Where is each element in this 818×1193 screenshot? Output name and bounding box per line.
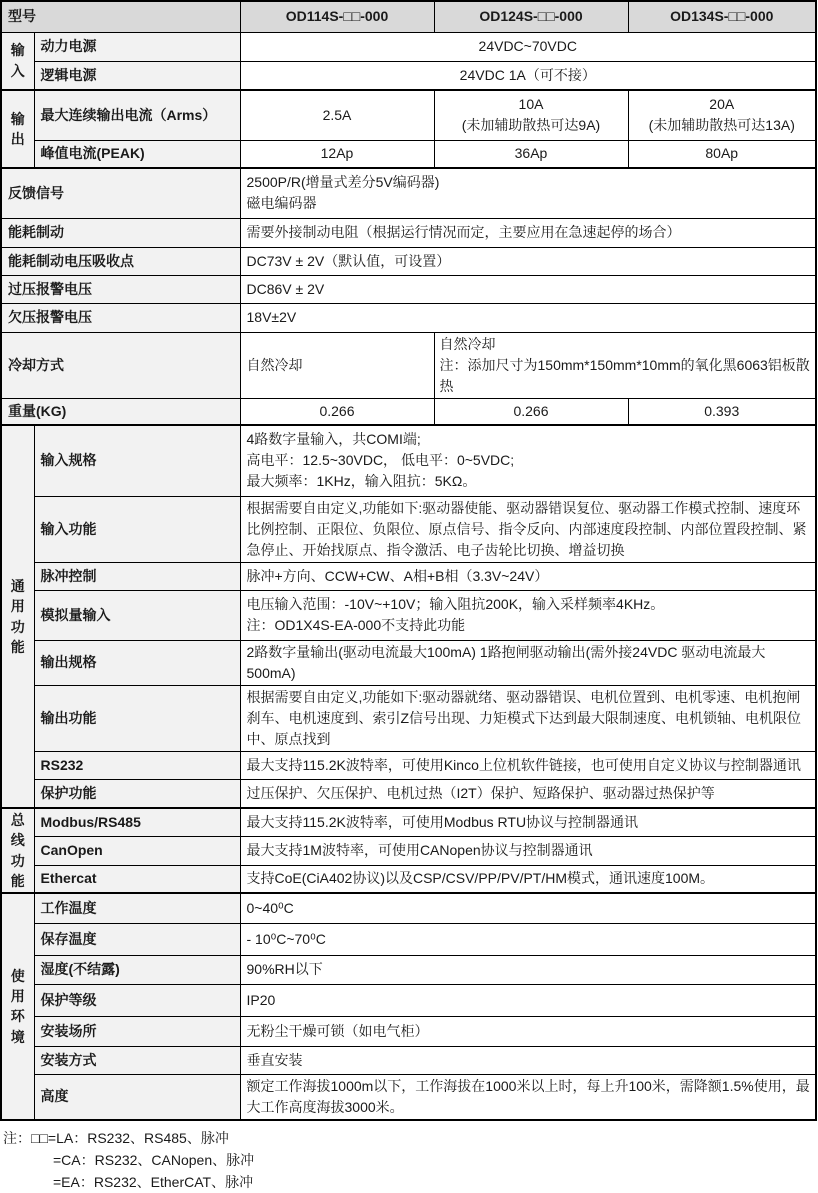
label-output-spec: 输出规格 [34,640,240,685]
row-humidity: 湿度(不结露) 90%RH以下 [1,955,816,984]
label-input-spec: 输入规格 [34,425,240,496]
value-overvoltage: DC86V ± 2V [240,275,816,303]
row-weight: 重量(KG) 0.266 0.266 0.393 [1,398,816,425]
row-modbus: 总线功能 Modbus/RS485 最大支持115.2K波特率，可使用Modbu… [1,808,816,836]
value-storage-temp: - 10⁰C~70⁰C [240,923,816,955]
value-line: 2500P/R(增量式差分5V编码器) [247,172,812,193]
row-storage-temp: 保存温度 - 10⁰C~70⁰C [1,923,816,955]
value-max-current-3: 20A (未加辅助散热可达13A) [628,90,816,140]
header-row: 型号 OD114S-□□-000 OD124S-□□-000 OD134S-□□… [1,1,816,32]
row-brake-voltage: 能耗制动电压吸收点 DC73V ± 2V（默认值，可设置） [1,247,816,275]
value-install-method: 垂直安装 [240,1046,816,1074]
value-working-temp: 0~40⁰C [240,893,816,923]
value-protection: 过压保护、欠压保护、电机过热（I2T）保护、短路保护、驱动器过热保护等 [240,779,816,808]
label-modbus: Modbus/RS485 [34,808,240,836]
label-rs232: RS232 [34,751,240,779]
group-output: 输出 [1,90,34,168]
row-install-method: 安装方式 垂直安装 [1,1046,816,1074]
row-overvoltage: 过压报警电压 DC86V ± 2V [1,275,816,303]
spec-table: 型号 OD114S-□□-000 OD124S-□□-000 OD134S-□□… [0,0,817,1121]
row-install-place: 安装场所 无粉尘干燥可锁（如电气柜） [1,1016,816,1046]
value-peak-current-3: 80Ap [628,140,816,168]
row-output-function: 输出功能 根据需要自由定义,功能如下:驱动器就绪、驱动器错误、电机位置到、电机零… [1,685,816,751]
row-analog-input: 模拟量输入 电压输入范围：-10V~+10V；输入阻抗200K，输入采样频率4K… [1,590,816,640]
label-undervoltage: 欠压报警电压 [1,303,240,332]
value-weight-3: 0.393 [628,398,816,425]
row-ip-rating: 保护等级 IP20 [1,984,816,1016]
row-pulse-control: 脉冲控制 脉冲+方向、CCW+CW、A相+B相（3.3V~24V） [1,562,816,590]
label-peak-current: 峰值电流(PEAK) [34,140,240,168]
label-overvoltage: 过压报警电压 [1,275,240,303]
model-header-cell: 型号 [1,1,240,32]
value-pulse-control: 脉冲+方向、CCW+CW、A相+B相（3.3V~24V） [240,562,816,590]
value-line: 电压输入范围：-10V~+10V；输入阻抗200K，输入采样频率4KHz。 [247,594,812,615]
footnote-line: =EA：RS232、EtherCAT、脉冲 [3,1171,818,1193]
value-modbus: 最大支持115.2K波特率，可使用Modbus RTU协议与控制器通讯 [240,808,816,836]
value-peak-current-2: 36Ap [434,140,628,168]
label-brake-voltage: 能耗制动电压吸收点 [1,247,240,275]
label-feedback: 反馈信号 [1,168,240,218]
value-power-supply: 24VDC~70VDC [240,32,816,61]
row-brake: 能耗制动 需要外接制动电阻（根据运行情况而定，主要应用在急速起停的场合） [1,218,816,247]
row-protection: 保护功能 过压保护、欠压保护、电机过热（I2T）保护、短路保护、驱动器过热保护等 [1,779,816,808]
row-input-function: 输入功能 根据需要自由定义,功能如下:驱动器使能、驱动器错误复位、驱动器工作模式… [1,496,816,562]
value-altitude: 额定工作海拔1000m以下，工作海拔在1000米以上时，每上升100米，需降额1… [240,1074,816,1120]
row-altitude: 高度 额定工作海拔1000m以下，工作海拔在1000米以上时，每上升100米，需… [1,1074,816,1120]
footnotes: 注：□□=LA：RS232、RS485、脉冲 =CA：RS232、CANopen… [3,1127,818,1193]
value-output-spec: 2路数字量输出(驱动电流最大100mA) 1路抱闸驱动输出(需外接24VDC 驱… [240,640,816,685]
value-brake: 需要外接制动电阻（根据运行情况而定，主要应用在急速起停的场合） [240,218,816,247]
value-ip-rating: IP20 [240,984,816,1016]
value-line: 磁电编码器 [247,193,812,214]
group-common-functions: 通用功能 [1,425,34,808]
value-undervoltage: 18V±2V [240,303,816,332]
value-canopen: 最大支持1M波特率，可使用CANopen协议与控制器通讯 [240,836,816,865]
row-working-temp: 使用环境 工作温度 0~40⁰C [1,893,816,923]
label-protection: 保护功能 [34,779,240,808]
value-logic-supply: 24VDC 1A（可不接） [240,61,816,90]
value-peak-current-1: 12Ap [240,140,434,168]
label-analog-input: 模拟量输入 [34,590,240,640]
group-bus-functions: 总线功能 [1,808,34,893]
value-line: 20A [633,94,812,115]
footnote-line: =CA：RS232、CANopen、脉冲 [3,1149,818,1171]
row-rs232: RS232 最大支持115.2K波特率，可使用Kinco上位机软件链接，也可使用… [1,751,816,779]
value-line: 自然冷却 [440,334,812,355]
label-input-function: 输入功能 [34,496,240,562]
value-line: (未加辅助散热可达13A) [633,115,812,136]
row-input-spec: 通用功能 输入规格 4路数字量输入，共COMI端; 高电平：12.5~30VDC… [1,425,816,496]
value-output-function: 根据需要自由定义,功能如下:驱动器就绪、驱动器错误、电机位置到、电机零速、电机抱… [240,685,816,751]
value-cooling-1: 自然冷却 [240,332,434,398]
label-storage-temp: 保存温度 [34,923,240,955]
row-feedback: 反馈信号 2500P/R(增量式差分5V编码器) 磁电编码器 [1,168,816,218]
value-line: 注：添加尺寸为150mm*150mm*10mm的氧化黑6063铝板散热 [440,355,812,397]
value-line: 10A [439,94,624,115]
value-input-spec: 4路数字量输入，共COMI端; 高电平：12.5~30VDC， 低电平：0~5V… [240,425,816,496]
row-logic-supply: 逻辑电源 24VDC 1A（可不接） [1,61,816,90]
model-name-od134s: OD134S-□□-000 [628,1,816,32]
label-output-function: 输出功能 [34,685,240,751]
label-logic-supply: 逻辑电源 [34,61,240,90]
value-install-place: 无粉尘干燥可锁（如电气柜） [240,1016,816,1046]
label-weight: 重量(KG) [1,398,240,425]
label-altitude: 高度 [34,1074,240,1120]
value-line: 高电平：12.5~30VDC， 低电平：0~5VDC; [247,450,812,471]
value-rs232: 最大支持115.2K波特率，可使用Kinco上位机软件链接，也可使用自定义协议与… [240,751,816,779]
label-cooling: 冷却方式 [1,332,240,398]
label-working-temp: 工作温度 [34,893,240,923]
value-input-function: 根据需要自由定义,功能如下:驱动器使能、驱动器错误复位、驱动器工作模式控制、速度… [240,496,816,562]
value-weight-2: 0.266 [434,398,628,425]
value-analog-input: 电压输入范围：-10V~+10V；输入阻抗200K，输入采样频率4KHz。 注：… [240,590,816,640]
row-peak-current: 峰值电流(PEAK) 12Ap 36Ap 80Ap [1,140,816,168]
label-install-place: 安装场所 [34,1016,240,1046]
value-max-current-1: 2.5A [240,90,434,140]
value-line: 4路数字量输入，共COMI端; [247,429,812,450]
label-humidity: 湿度(不结露) [34,955,240,984]
value-cooling-23: 自然冷却 注：添加尺寸为150mm*150mm*10mm的氧化黑6063铝板散热 [434,332,816,398]
label-power-supply: 动力电源 [34,32,240,61]
row-undervoltage: 欠压报警电压 18V±2V [1,303,816,332]
row-canopen: CanOpen 最大支持1M波特率，可使用CANopen协议与控制器通讯 [1,836,816,865]
value-humidity: 90%RH以下 [240,955,816,984]
label-ip-rating: 保护等级 [34,984,240,1016]
label-max-current: 最大连续输出电流（Arms） [34,90,240,140]
footnote-line: 注：□□=LA：RS232、RS485、脉冲 [3,1127,818,1149]
value-max-current-2: 10A (未加辅助散热可达9A) [434,90,628,140]
label-install-method: 安装方式 [34,1046,240,1074]
value-line: (未加辅助散热可达9A) [439,115,624,136]
group-environment: 使用环境 [1,893,34,1120]
row-max-current: 输出 最大连续输出电流（Arms） 2.5A 10A (未加辅助散热可达9A) … [1,90,816,140]
label-ethercat: Ethercat [34,865,240,893]
row-output-spec: 输出规格 2路数字量输出(驱动电流最大100mA) 1路抱闸驱动输出(需外接24… [1,640,816,685]
row-ethercat: Ethercat 支持CoE(CiA402协议)以及CSP/CSV/PP/PV/… [1,865,816,893]
group-input: 输入 [1,32,34,90]
row-cooling: 冷却方式 自然冷却 自然冷却 注：添加尺寸为150mm*150mm*10mm的氧… [1,332,816,398]
label-brake: 能耗制动 [1,218,240,247]
value-feedback: 2500P/R(增量式差分5V编码器) 磁电编码器 [240,168,816,218]
value-weight-1: 0.266 [240,398,434,425]
value-line: 注：OD1X4S-EA-000不支持此功能 [247,615,812,636]
row-power-supply: 输入 动力电源 24VDC~70VDC [1,32,816,61]
value-brake-voltage: DC73V ± 2V（默认值，可设置） [240,247,816,275]
value-ethercat: 支持CoE(CiA402协议)以及CSP/CSV/PP/PV/PT/HM模式，通… [240,865,816,893]
label-pulse-control: 脉冲控制 [34,562,240,590]
model-name-od124s: OD124S-□□-000 [434,1,628,32]
label-canopen: CanOpen [34,836,240,865]
model-name-od114s: OD114S-□□-000 [240,1,434,32]
value-line: 最大频率：1KHz，输入阻抗：5KΩ。 [247,471,812,492]
